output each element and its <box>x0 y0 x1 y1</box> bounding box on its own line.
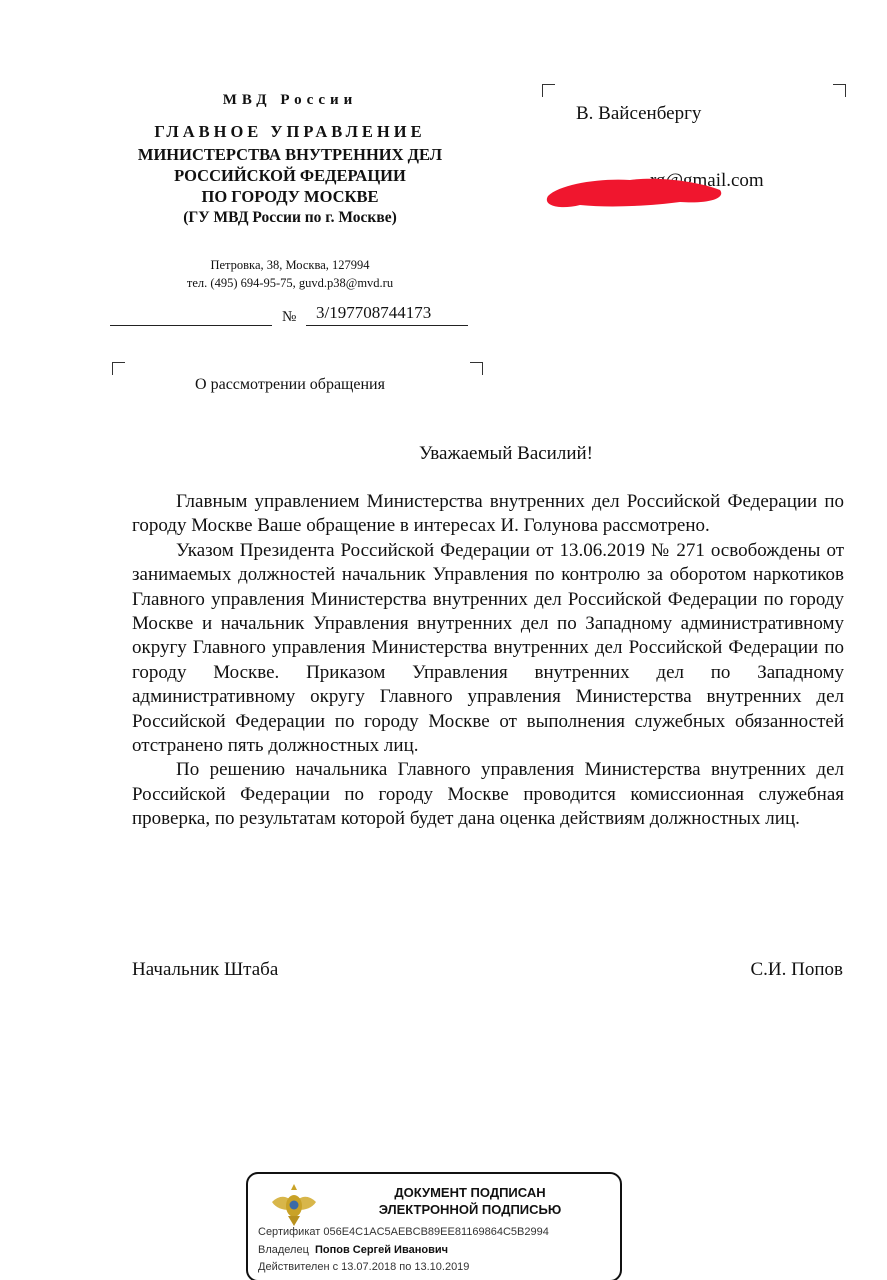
paragraph-1: Главным управлением Министерства внутрен… <box>132 490 844 539</box>
signer-position: Начальник Штаба <box>132 959 278 981</box>
letter-body: Главным управлением Министерства внутрен… <box>132 490 844 832</box>
subject: О рассмотрении обращения <box>100 376 480 394</box>
recipient-corner-left <box>542 84 555 97</box>
org-line-2: МИНИСТЕРСТВА ВНУТРЕННИХ ДЕЛ <box>100 143 480 166</box>
greeting: Уважаемый Василий! <box>0 443 887 465</box>
certificate-label: Сертификат <box>258 1226 320 1238</box>
ministry-name: МВД России <box>100 92 480 109</box>
owner-label: Владелец <box>258 1244 309 1256</box>
org-line-4: ПО ГОРОДУ МОСКВЕ <box>100 185 480 208</box>
recipient-corner-right <box>833 84 846 97</box>
sender-address: Петровка, 38, Москва, 127994 <box>100 256 480 274</box>
org-line-3: РОССИЙСКОЙ ФЕДЕРАЦИИ <box>100 164 480 187</box>
subject-corner-left <box>112 362 125 375</box>
paragraph-2: Указом Президента Российской Федерации о… <box>132 539 844 759</box>
stamp-title-line-2: ЭЛЕКТРОННОЙ ПОДПИСЬЮ <box>320 1201 620 1218</box>
org-line-5: (ГУ МВД России по г. Москве) <box>100 206 480 229</box>
paragraph-3: По решению начальника Главного управлени… <box>132 758 844 831</box>
mvd-emblem-icon <box>268 1180 320 1230</box>
recipient-name: В. Вайсенбергу <box>576 103 701 125</box>
number-sign: № <box>282 309 296 326</box>
validity: Действителен с 13.07.2018 по 13.10.2019 <box>258 1261 469 1273</box>
signer-name: С.И. Попов <box>750 959 843 981</box>
certificate-value: 056E4C1AC5AEBCB89EE81169864C5B2994 <box>323 1226 548 1238</box>
registration-number: 3/197708744173 <box>316 303 431 323</box>
subject-corner-right <box>470 362 483 375</box>
number-line <box>306 325 468 326</box>
electronic-signature-stamp: ДОКУМЕНТ ПОДПИСАН ЭЛЕКТРОННОЙ ПОДПИСЬЮ С… <box>246 1172 622 1280</box>
redaction-mark <box>540 172 726 210</box>
stamp-title-line-1: ДОКУМЕНТ ПОДПИСАН <box>320 1184 620 1201</box>
owner-value: Попов Сергей Иванович <box>315 1244 448 1256</box>
sender-contacts: тел. (495) 694-95-75, guvd.p38@mvd.ru <box>100 274 480 292</box>
date-line <box>110 325 272 326</box>
org-line-1: ГЛАВНОЕ УПРАВЛЕНИЕ <box>100 122 480 142</box>
